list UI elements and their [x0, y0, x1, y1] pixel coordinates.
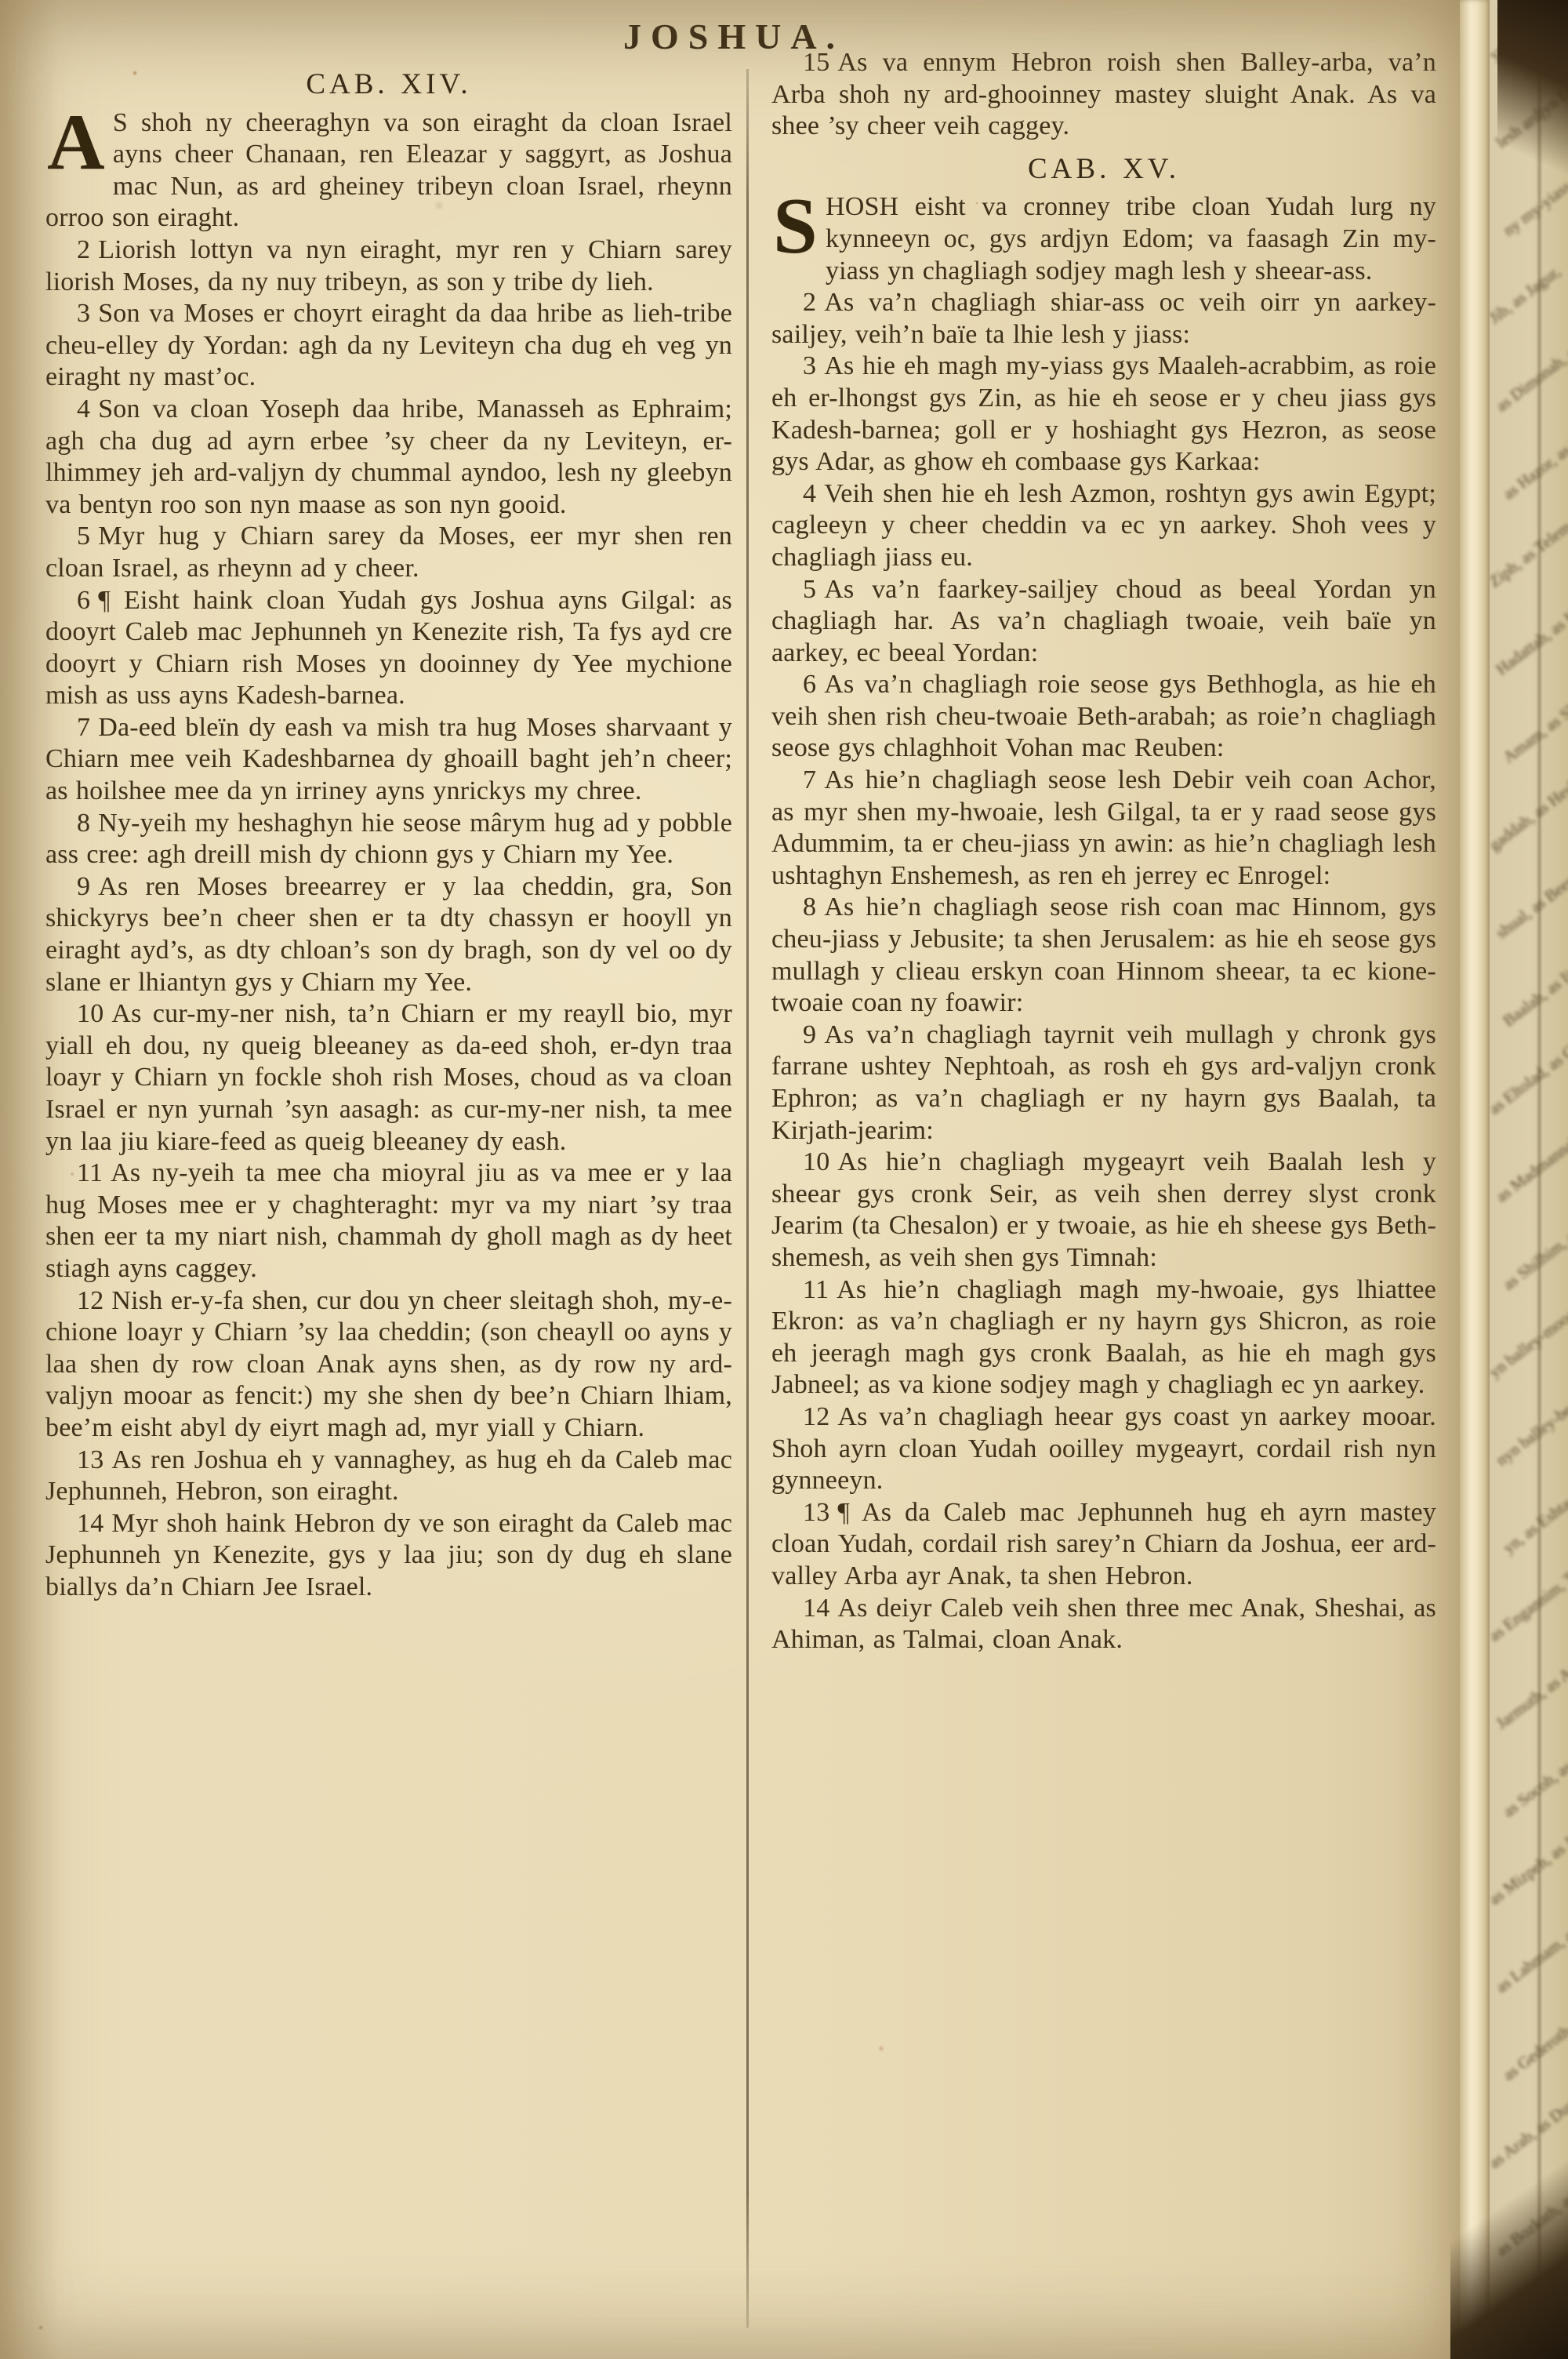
verse: 11As hie’n chagliagh magh my-hwoaie, gys…: [771, 1274, 1436, 1401]
verse-number: 3: [77, 299, 98, 328]
bible-page: JOSHUA. CAB. XIV.AS shoh ny cheeraghyn v…: [0, 0, 1468, 2359]
verse-number: 6: [77, 586, 98, 615]
verse: 10As cur-my-ner nish, ta’n Chiarn er my …: [45, 998, 732, 1158]
verse-number: 10: [803, 1147, 837, 1176]
verse: 9As va’n chagliagh tayrnit veih mullagh …: [771, 1020, 1436, 1147]
verse-number: 3: [803, 351, 824, 380]
verse-number: 4: [803, 479, 824, 508]
verse: 2Liorish lottyn va nyn eiraght, myr ren …: [45, 234, 732, 298]
verse: 5Myr hug y Chiarn sarey da Moses, eer my…: [45, 521, 732, 584]
verse: 15As va ennym Hebron roish shen Balley-a…: [771, 47, 1436, 143]
next-page-text-fragment: as Shilhim, as Ain, as: [1499, 1194, 1568, 1295]
verse: 13As ren Joshua eh y vannaghey, as hug e…: [45, 1445, 732, 1508]
verse: 2As va’n chagliagh shiar-ass oc veih oir…: [771, 287, 1436, 351]
verse: 10As hie’n chagliagh mygeayrt veih Baala…: [771, 1147, 1436, 1274]
verse: 12Nish er-y-fa shen, cur dou yn cheer sl…: [45, 1285, 732, 1445]
verse: 11As ny-yeih ta mee cha mioyral jiu as v…: [45, 1158, 732, 1285]
verse-number: 2: [77, 235, 98, 264]
verse: 8Ny-yeih my heshaghyn hie seose mârym hu…: [45, 808, 732, 871]
verse-number: 12: [77, 1286, 111, 1315]
verse-number: 12: [803, 1402, 837, 1431]
verse-number: 9: [77, 872, 98, 901]
verse-number: 5: [77, 522, 98, 551]
verse-number: 5: [803, 575, 824, 604]
verse: 3As hie eh magh my-yiass gys Maaleh-acra…: [771, 351, 1436, 478]
verse-number: 7: [77, 713, 98, 742]
verse-number: 9: [803, 1020, 824, 1049]
next-page-text-fragment: yn balley-mooarey ny: [1490, 1280, 1568, 1383]
right-text-column: 15As va ennym Hebron roish shen Balley-a…: [771, 47, 1436, 1656]
scanned-book-photo: JOSHUA. CAB. XIV.AS shoh ny cheeraghyn v…: [0, 0, 1568, 2359]
verse: 14As deiyr Caleb veih shen three mec Ana…: [771, 1593, 1436, 1656]
verse: 4Son va cloan Yoseph daa hribe, Manasseh…: [45, 394, 732, 521]
next-page-text-fragment: nyn balley-beggey:: [1492, 1378, 1568, 1470]
verse-number: 11: [803, 1275, 837, 1304]
left-text-column: CAB. XIV.AS shoh ny cheeraghyn va son ei…: [45, 67, 732, 1604]
next-page-text-fragment: shual, as Beersheba, as: [1492, 836, 1568, 943]
verse-number: 8: [77, 809, 98, 838]
verse-number: 15: [803, 48, 837, 77]
verse-number: 14: [803, 1594, 837, 1623]
verse-number: 8: [803, 892, 824, 921]
verse: AS shoh ny cheeraghyn va son eiraght da …: [45, 107, 732, 234]
verse: 8As hie’n chagliagh seose rish coan mac …: [771, 892, 1436, 1019]
verse: 9As ren Moses breearrey er y laa cheddin…: [45, 871, 732, 998]
verse-number: 11: [77, 1158, 111, 1187]
chapter-heading: CAB. XIV.: [45, 69, 732, 101]
verse-number: 13: [77, 1445, 111, 1474]
next-page-text-fragment: Jarmuth, as Adullam,: [1492, 1634, 1568, 1733]
verse: 6¶ Eisht haink cloan Yudah gys Joshua ay…: [45, 585, 732, 712]
next-page-text-fragment: as Hazor, as Ithnan,: [1499, 410, 1568, 503]
chapter-heading: CAB. XV.: [771, 154, 1436, 186]
verse: 4Veih shen hie eh lesh Azmon, roshtyn gy…: [771, 478, 1436, 574]
verse: 7As hie’n chagliagh seose lesh Debir vei…: [771, 765, 1436, 892]
verse: 6As va’n chagliagh roie seose gys Bethho…: [771, 669, 1436, 765]
verse: 12As va’n chagliagh heear gys coast yn a…: [771, 1401, 1436, 1497]
book-background-corner-bottom: [1450, 2155, 1568, 2359]
drop-cap: A: [45, 107, 113, 173]
verse-number: 14: [77, 1509, 111, 1538]
verse-number: 2: [803, 288, 824, 317]
verse: 7Da-eed bleïn dy eash va mish tra hug Mo…: [45, 712, 732, 808]
verse: 14Myr shoh haink Hebron dy ve son eiragh…: [45, 1508, 732, 1604]
next-page-text-fragment: as Socoh, as Azekah,: [1499, 1722, 1568, 1821]
drop-cap: S: [771, 191, 826, 257]
verse: 13¶ As da Caleb mac Jephunneh hug eh ayr…: [771, 1497, 1436, 1593]
verse: 5As va’n faarkey-sailjey choud as beeal …: [771, 574, 1436, 670]
page-fore-edge: [1460, 0, 1491, 2359]
verse-number: 6: [803, 670, 824, 699]
next-page-text-fragment: Jib, as Jagur,: [1490, 262, 1565, 329]
verse: SHOSH eisht va cronney tribe cloan Yudah…: [771, 191, 1436, 287]
column-divider-rule: [746, 69, 749, 2328]
next-page-text-fragment: as Mizpeh, as Joktheel,: [1490, 1801, 1568, 1910]
verse-number: 10: [77, 999, 111, 1028]
verse: 3Son va Moses er choyrt eiraght da daa h…: [45, 298, 732, 394]
book-background-corner-top: [1497, 0, 1568, 212]
verse-number: 7: [803, 765, 824, 794]
verse-number: 4: [77, 394, 98, 423]
verse-number: 13: [803, 1498, 837, 1527]
next-page-text-fragment: as Engannim, Tappuah,: [1490, 1537, 1568, 1645]
next-page-edge: yn sodjey-magh jehlesh ardjyn Edomny my-…: [1490, 0, 1568, 2359]
next-page-text-fragment: as Eltolad, as Chesil,: [1490, 1020, 1568, 1119]
